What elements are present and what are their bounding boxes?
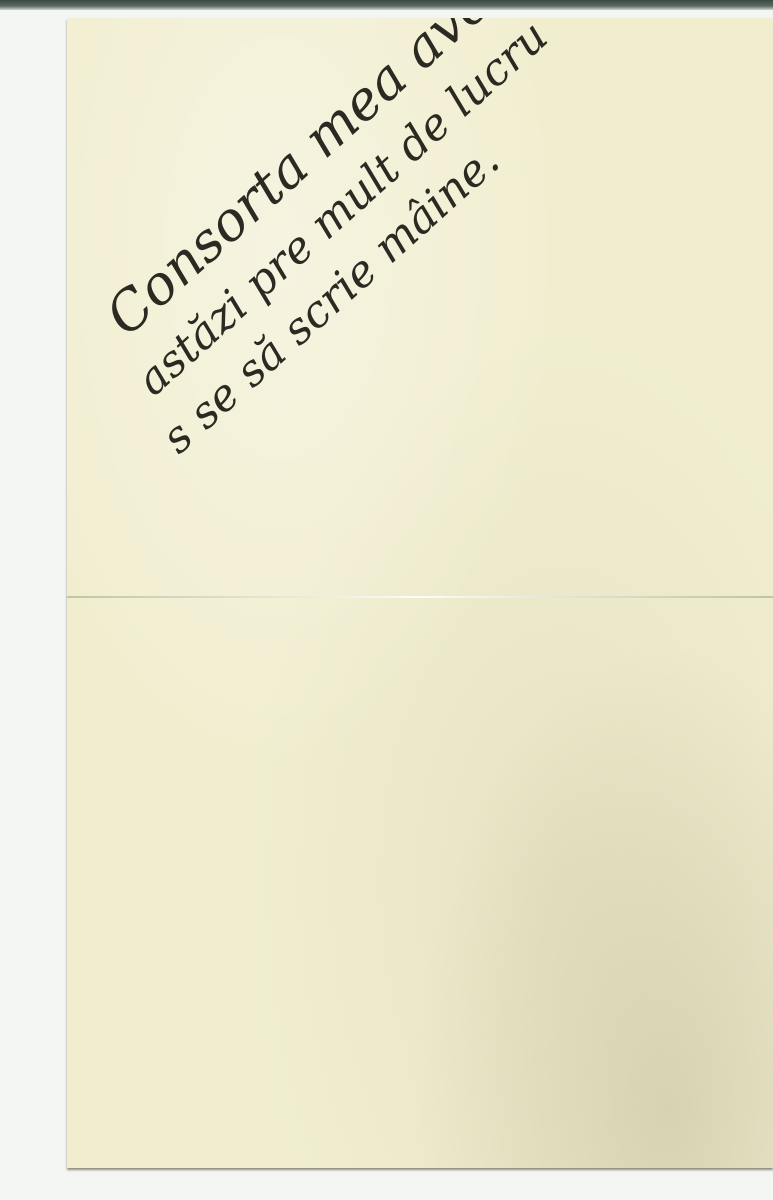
scanner-top-edge (0, 0, 773, 10)
handwritten-text: Consorta mea aveà astăzi pre mult de luc… (67, 18, 773, 618)
letter-page: Consorta mea aveà astăzi pre mult de luc… (67, 18, 773, 1168)
paper-fold-line (67, 596, 773, 598)
